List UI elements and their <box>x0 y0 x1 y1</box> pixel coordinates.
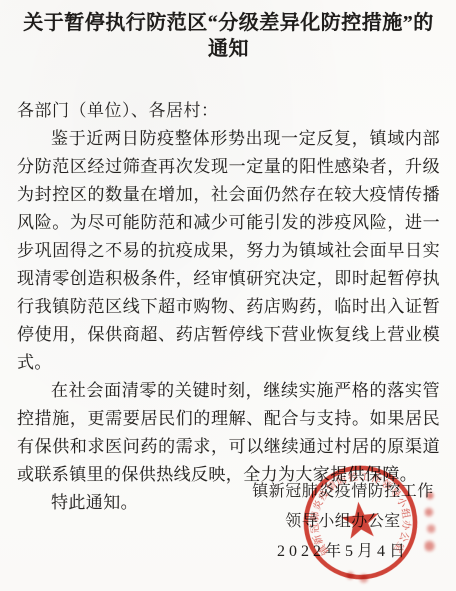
notice-page: 关于暂停执行防范区“分级差异化防控措施”的通知 各部门（单位）、各居村： 鉴于近… <box>0 0 456 591</box>
paragraph-2: 在社会面清零的关键时刻，继续实施严格的落实管控措施，更需要居民们的理解、配合与支… <box>17 377 440 489</box>
signature-org-line2: 领导小组办公室 <box>238 507 448 537</box>
signature-date: 2022年5月4日 <box>238 537 448 567</box>
signature-block: 镇新冠肺炎疫情防控工作 领导小组办公室 2022年5月4日 <box>238 477 448 567</box>
seal-ink-smudge-bottom <box>340 570 374 584</box>
paragraph-1: 鉴于近两日防疫整体形势出现一定反复，镇域内部分防范区经过筛查再次发现一定量的阳性… <box>17 125 440 377</box>
salutation: 各部门（单位）、各居村： <box>17 97 440 125</box>
document-title: 关于暂停执行防范区“分级差异化防控措施”的通知 <box>17 10 440 62</box>
signature-org-line1: 镇新冠肺炎疫情防控工作 <box>238 477 448 507</box>
